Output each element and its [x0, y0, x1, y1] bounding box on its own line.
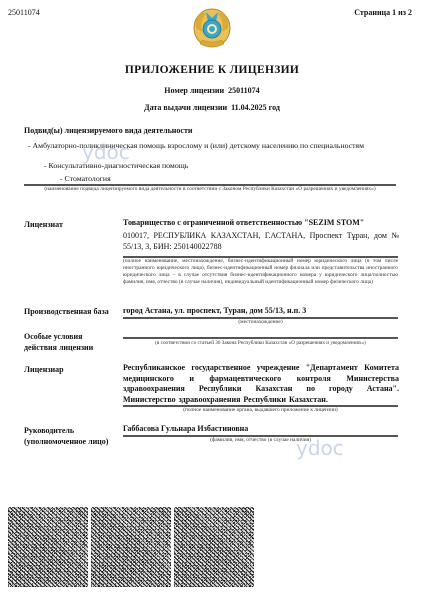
subtype-item: - Стоматология: [60, 174, 111, 183]
special-conditions-label: Особые условия действия лицензии: [24, 331, 93, 353]
licensor-value: Республиканское государственное учрежден…: [123, 363, 399, 405]
license-number-value: 25011074: [228, 86, 260, 95]
qr-code-1: [8, 507, 88, 587]
production-base-note: (местонахождение): [123, 319, 398, 326]
licensor-label: Лицензиар: [24, 364, 64, 375]
license-date-value: 11.04.2025 год: [231, 103, 280, 112]
license-number-label: Номер лицензии: [164, 86, 224, 95]
licensee-address: 010017, РЕСПУБЛИКА КАЗАХСТАН, Г.АСТАНА, …: [123, 231, 399, 252]
licensee-note: (полное наименование, местонахождение, б…: [123, 258, 398, 286]
head-label: Руководитель (уполномоченное лицо): [24, 425, 108, 447]
qr-code-2: [91, 507, 171, 587]
subtype-item: - Амбулаторно-поликлиническая помощь взр…: [28, 141, 364, 150]
licensee-name: Товарищество с ограниченной ответственно…: [123, 218, 399, 229]
production-base-label: Производственная база: [24, 306, 109, 317]
watermark: ydoc: [296, 436, 344, 460]
subtypes-heading: Подвид(ы) лицензируемого вида деятельнос…: [24, 126, 193, 135]
special-conditions-note: (в соответствии со статьей 36 Закона Рес…: [123, 340, 398, 347]
page-title: ПРИЛОЖЕНИЕ К ЛИЦЕНЗИИ: [0, 64, 424, 76]
license-number-line: Номер лицензии 25011074: [0, 86, 424, 95]
license-date-line: Дата выдачи лицензии 11.04.2025 год: [0, 103, 424, 112]
license-date-label: Дата выдачи лицензии: [144, 103, 227, 112]
watermark: ydoc: [82, 140, 130, 164]
production-base-value: город Астана, ул. проспект, Туран, дом 5…: [123, 306, 399, 317]
subtypes-note: (наименование подвида лицензируемого вид…: [24, 186, 396, 193]
head-value: Габбасова Гульнара Избастиновна: [123, 424, 399, 435]
head-note: (фамилия, имя, отчество (в случае наличи…: [123, 437, 398, 444]
document-number: 25011074: [8, 8, 40, 17]
kazakhstan-emblem-icon: [192, 6, 232, 52]
licensor-note: (полное наименование органа, выдавшего п…: [123, 407, 398, 414]
licensee-label: Лицензиат: [24, 219, 63, 230]
page-indicator: Страница 1 из 2: [354, 8, 412, 17]
qr-code-3: [174, 507, 254, 587]
divider: [123, 337, 398, 339]
